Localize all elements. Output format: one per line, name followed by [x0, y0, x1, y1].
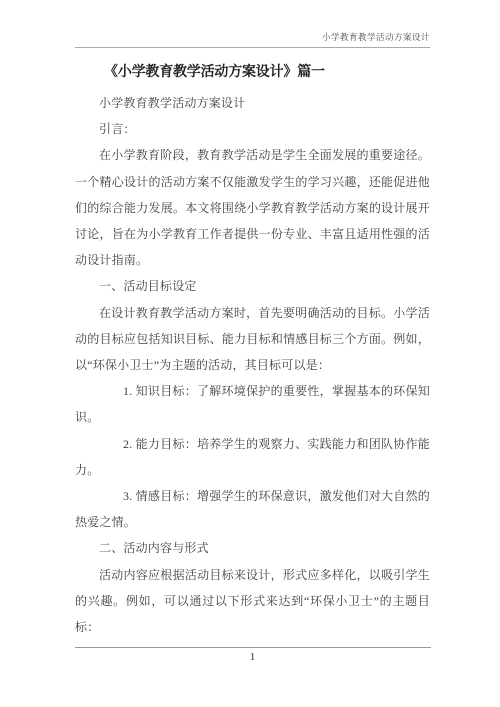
document-page: 小学教育教学活动方案设计 《小学教育教学活动方案设计》篇一 小学教育教学活动方案… [0, 0, 500, 707]
running-header: 小学教育教学活动方案设计 [75, 31, 430, 48]
running-header-text: 小学教育教学活动方案设计 [322, 32, 430, 42]
document-body: 小学教育教学活动方案设计 引言： 在小学教育阶段，教育教学活动是学生全面发展的重… [75, 90, 430, 640]
list-item: 2. 能力目标：培养学生的观察力、实践能力和团队协作能力。 [75, 431, 430, 483]
footer-rule [75, 647, 431, 648]
section-heading: 二、活动内容与形式 [75, 535, 430, 561]
list-item: 3. 情感目标：增强学生的环保意识，激发他们对大自然的热爱之情。 [75, 483, 430, 535]
paragraph: 小学教育教学活动方案设计 [75, 90, 430, 116]
paragraph: 引言： [75, 116, 430, 142]
section-heading: 一、活动目标设定 [75, 273, 430, 299]
document-title: 《小学教育教学活动方案设计》篇一 [75, 61, 430, 81]
page-number: 1 [75, 651, 430, 663]
paragraph: 活动内容应根据活动目标来设计，形式应多样化，以吸引学生的兴趣。例如，可以通过以下… [75, 562, 430, 641]
list-item: 1. 知识目标：了解环境保护的重要性，掌握基本的环保知识。 [75, 378, 430, 430]
paragraph: 在小学教育阶段，教育教学活动是学生全面发展的重要途径。一个精心设计的活动方案不仅… [75, 142, 430, 273]
paragraph: 在设计教育教学活动方案时，首先要明确活动的目标。小学活动的目标应包括知识目标、能… [75, 300, 430, 379]
